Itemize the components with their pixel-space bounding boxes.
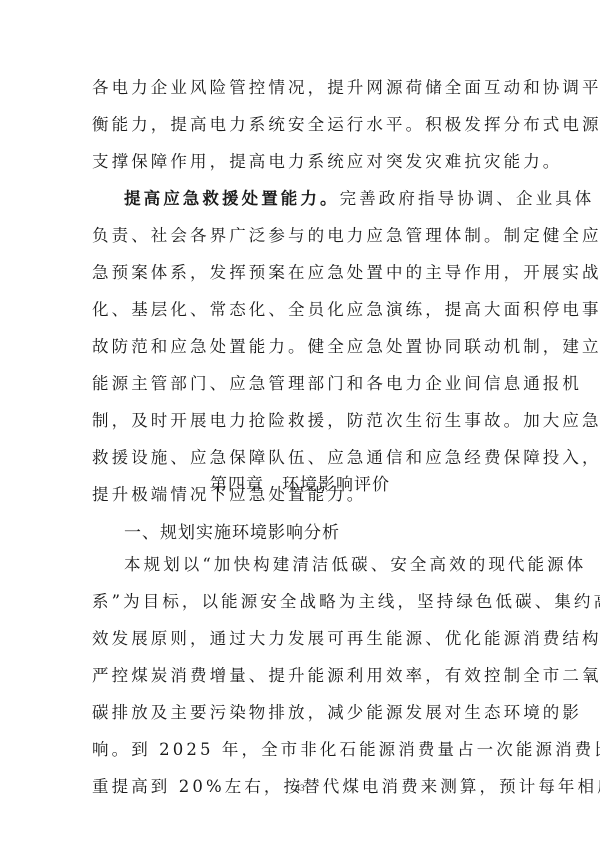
text-line: 故防范和应急处置能力。健全应急处置协同联动机制，建立 xyxy=(92,337,510,357)
text-line: 各电力企业风险管控情况，提升网源荷储全面互动和协调平 xyxy=(92,78,510,98)
text-line: 响。到 2025 年，全市非化石能源消费量占一次能源消费比 xyxy=(92,740,510,760)
text-line: 急预案体系，发挥预案在应急处置中的主导作用，开展实战 xyxy=(92,263,510,283)
text-line: 严控煤炭消费增量、提升能源利用效率，有效控制全市二氧 xyxy=(92,666,510,686)
text-line: 负责、社会各界广泛参与的电力应急管理体制。制定健全应 xyxy=(92,226,510,246)
text-line: 化、基层化、常态化、全员化应急演练，提高大面积停电事 xyxy=(92,300,510,320)
text-line: 衡能力，提高电力系统安全运行水平。积极发挥分布式电源 xyxy=(92,115,510,135)
text-line: 系”为目标，以能源安全战略为主线，坚持绿色低碳、集约高 xyxy=(92,592,510,612)
document-page: 各电力企业风险管控情况，提升网源荷储全面互动和协调平 衡能力，提高电力系统安全运… xyxy=(0,0,600,848)
text-line: 效发展原则，通过大力发展可再生能源、优化能源消费结构、 xyxy=(92,629,510,649)
text-line: 救援设施、应急保障队伍、应急通信和应急经费保障投入， xyxy=(92,448,510,468)
page-number: 43 xyxy=(0,783,600,793)
text-line: 能源主管部门、应急管理部门和各电力企业间信息通报机 xyxy=(92,374,510,394)
paragraph-lead-bold: 提高应急救援处置能力。 xyxy=(124,189,340,208)
paragraph-first-line: 提高应急救援处置能力。完善政府指导协调、企业具体 xyxy=(124,189,510,209)
section-title: 一、规划实施环境影响分析 xyxy=(124,518,340,543)
text-line: 碳排放及主要污染物排放，减少能源发展对生态环境的影 xyxy=(92,703,510,723)
text-span: 完善政府指导协调、企业具体 xyxy=(340,189,595,208)
chapter-title: 第四章 环境影响评价 xyxy=(0,470,600,495)
text-line: 支撑保障作用，提高电力系统应对突发灾难抗灾能力。 xyxy=(92,152,510,172)
paragraph-first-line: 本规划以“加快构建清洁低碳、安全高效的现代能源体 xyxy=(124,555,510,575)
text-line: 制，及时开展电力抢险救援，防范次生衍生事故。加大应急 xyxy=(92,411,510,431)
